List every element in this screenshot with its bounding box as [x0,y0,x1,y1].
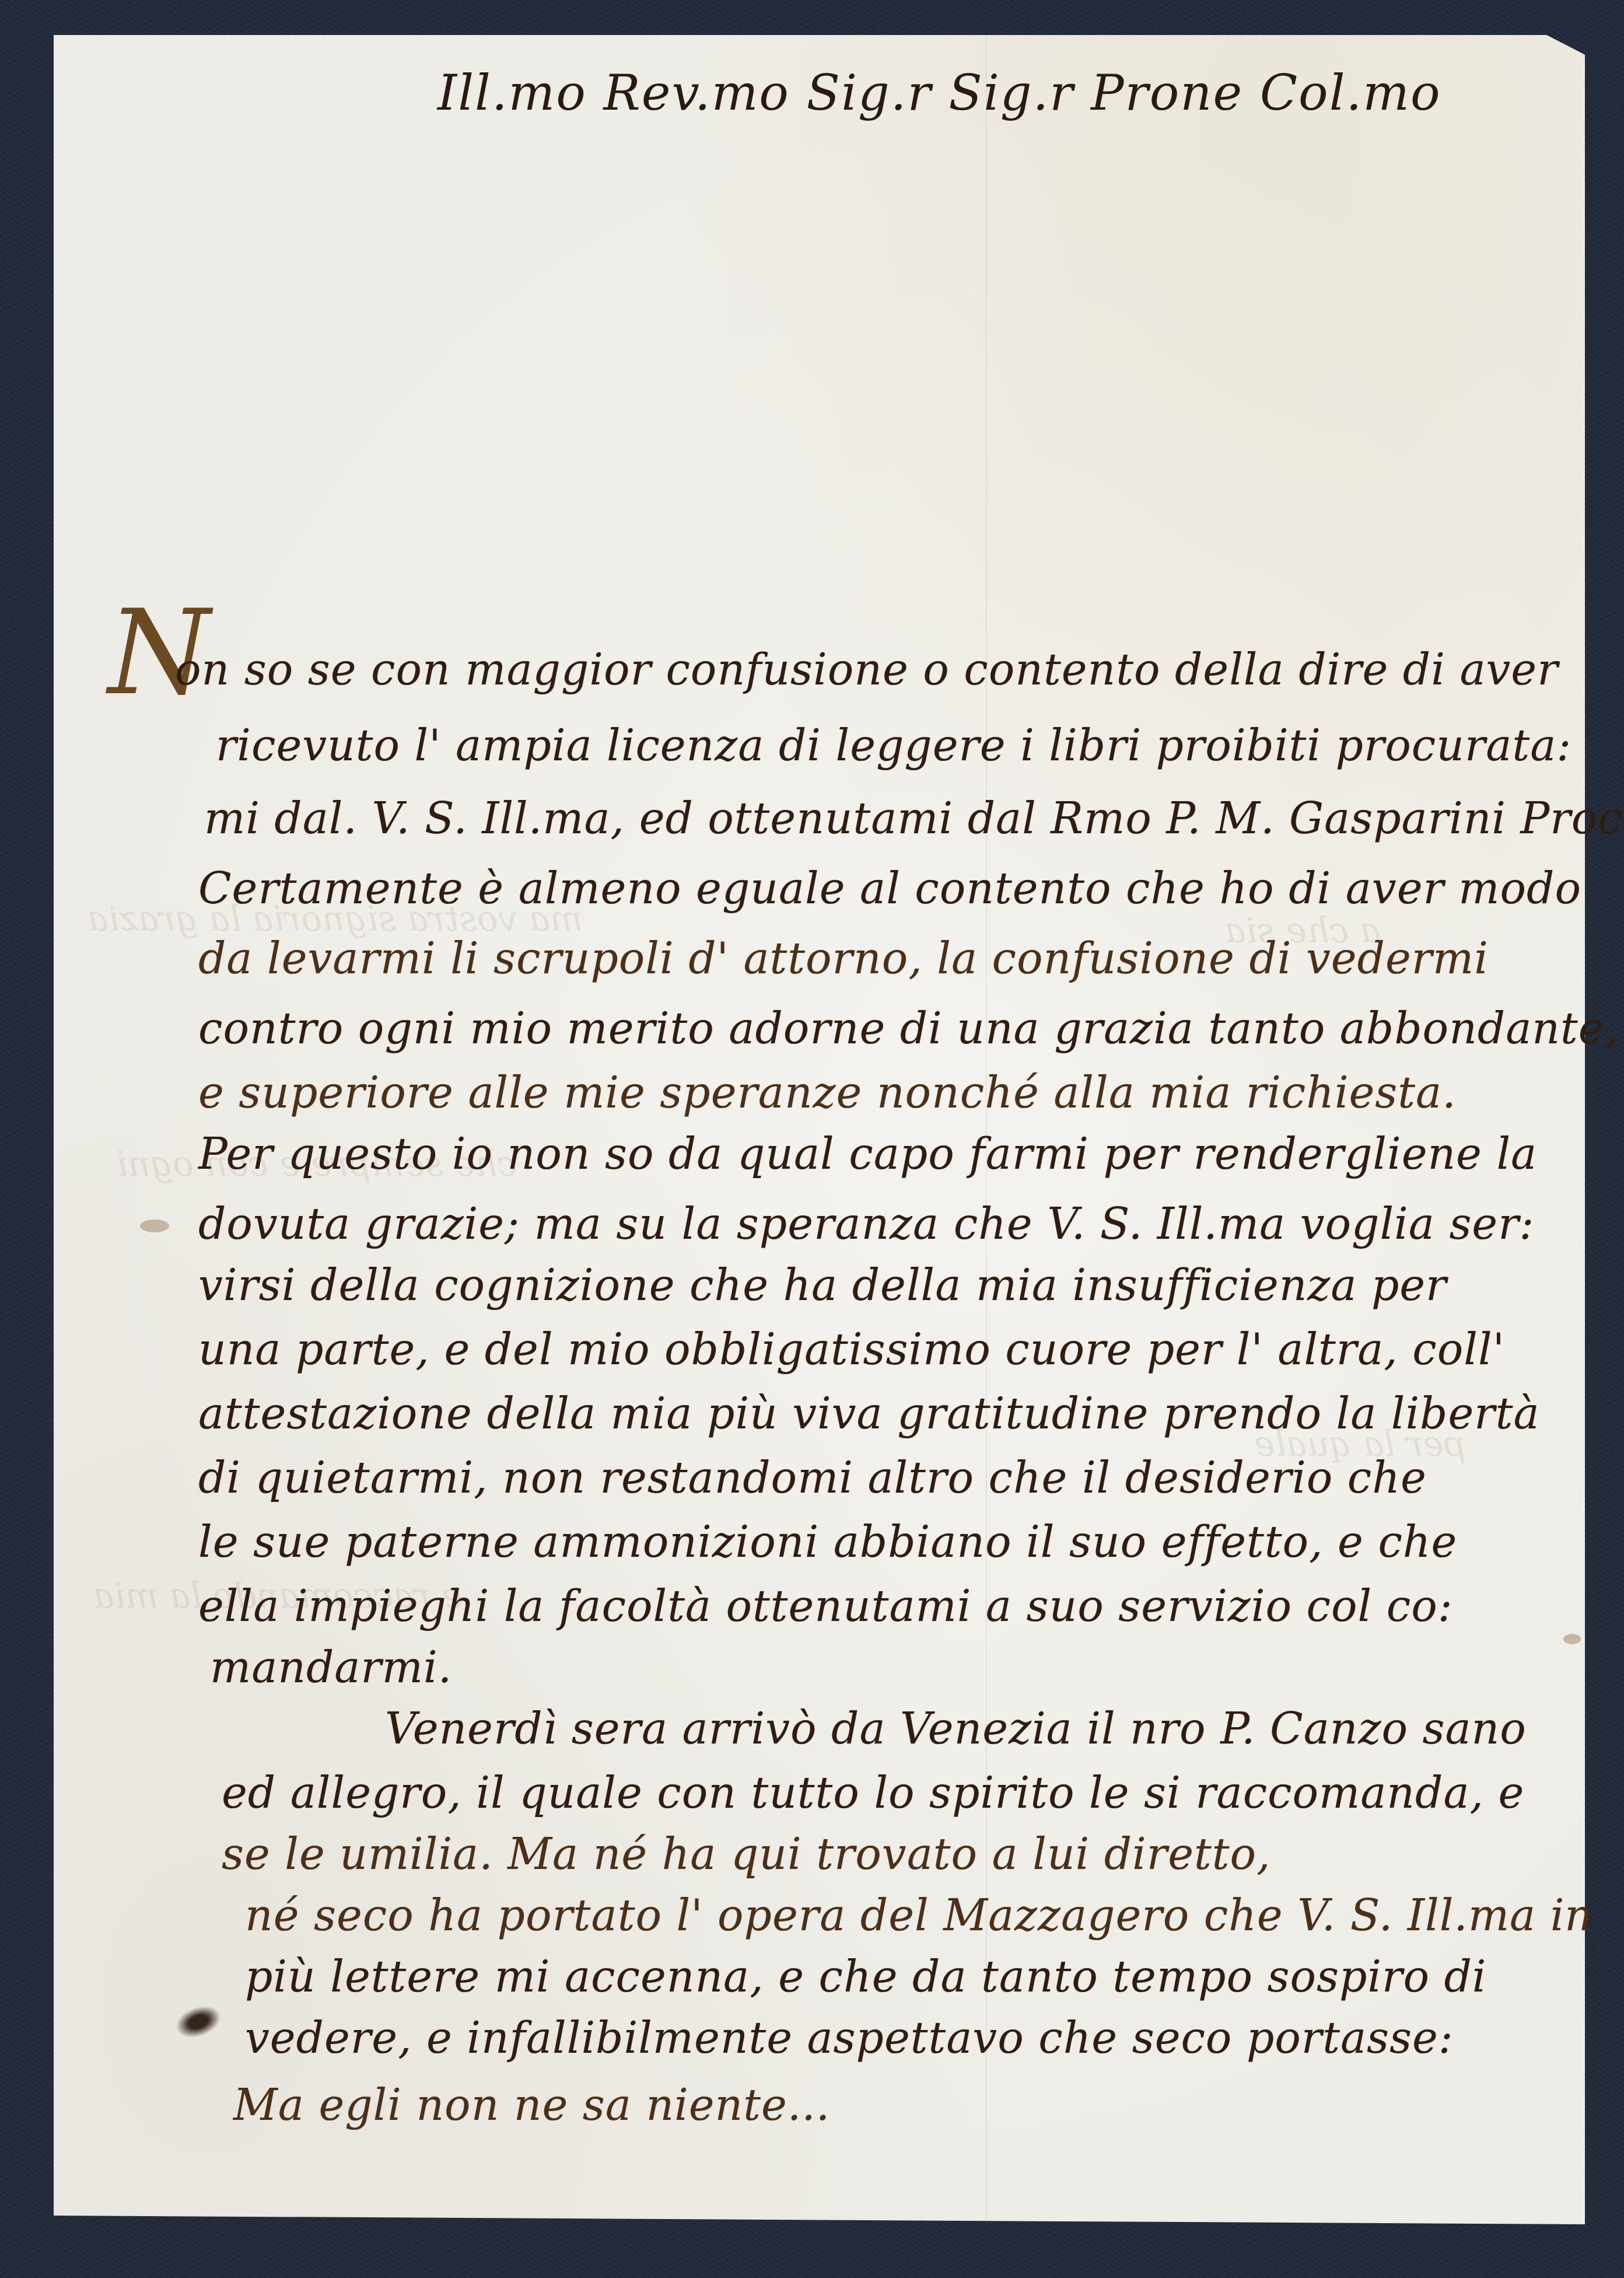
letter-line: Venerdì sera arrivò da Venezia il nro P.… [385,1704,1527,1754]
letter-line: Ma egli non ne sa niente... [233,2080,830,2130]
letter-salutation: Ill.mo Rev.mo Sig.r Sig.r Prone Col.mo [437,64,1441,121]
letter-line: ricevuto l' ampia licenza di leggere i l… [216,721,1571,771]
letter-line: ella impieghi la facoltà ottenutami a su… [198,1581,1453,1631]
letter-line: una parte, e del mio obbligatissimo cuor… [198,1325,1505,1375]
letter-line: ed allegro, il quale con tutto lo spirit… [222,1768,1524,1818]
letter-line: vedere, e infallibilmente aspettavo che … [245,2013,1454,2063]
letter-line: e superiore alle mie speranze nonché all… [198,1068,1457,1118]
letter-line: Certamente è almeno eguale al contento c… [198,864,1581,914]
letter-line: mi dal. V. S. Ill.ma, ed ottenutami dal … [204,794,1624,844]
ink-stain [1563,1634,1581,1644]
letter-line: né seco ha portato l' opera del Mazzager… [245,1891,1593,1941]
letter-line: Per questo io non so da qual capo farmi … [198,1129,1537,1179]
letter-line: di quietarmi, non restandomi altro che i… [198,1453,1427,1503]
letter-line: mandarmi. [210,1643,452,1693]
letter-line: dovuta grazie; ma su la speranza che V. … [198,1199,1534,1249]
letter-line: attestazione della mia più viva gratitud… [198,1389,1540,1439]
letter-line: più lettere mi accenna, e che da tanto t… [245,1952,1487,2002]
letter-line: contro ogni mio merito adorne di una gra… [198,1004,1619,1054]
ink-stain [140,1220,169,1232]
letter-line: se le umilia. Ma né ha qui trovato a lui… [222,1829,1270,1879]
letter-line: virsi della cognizione che ha della mia … [198,1260,1447,1311]
letter-line: le sue paterne ammonizioni abbiano il su… [198,1517,1457,1567]
letter-line: da levarmi li scrupoli d' attorno, la co… [198,934,1489,984]
letter-line: on so se con maggior confusione o conten… [175,645,1559,695]
